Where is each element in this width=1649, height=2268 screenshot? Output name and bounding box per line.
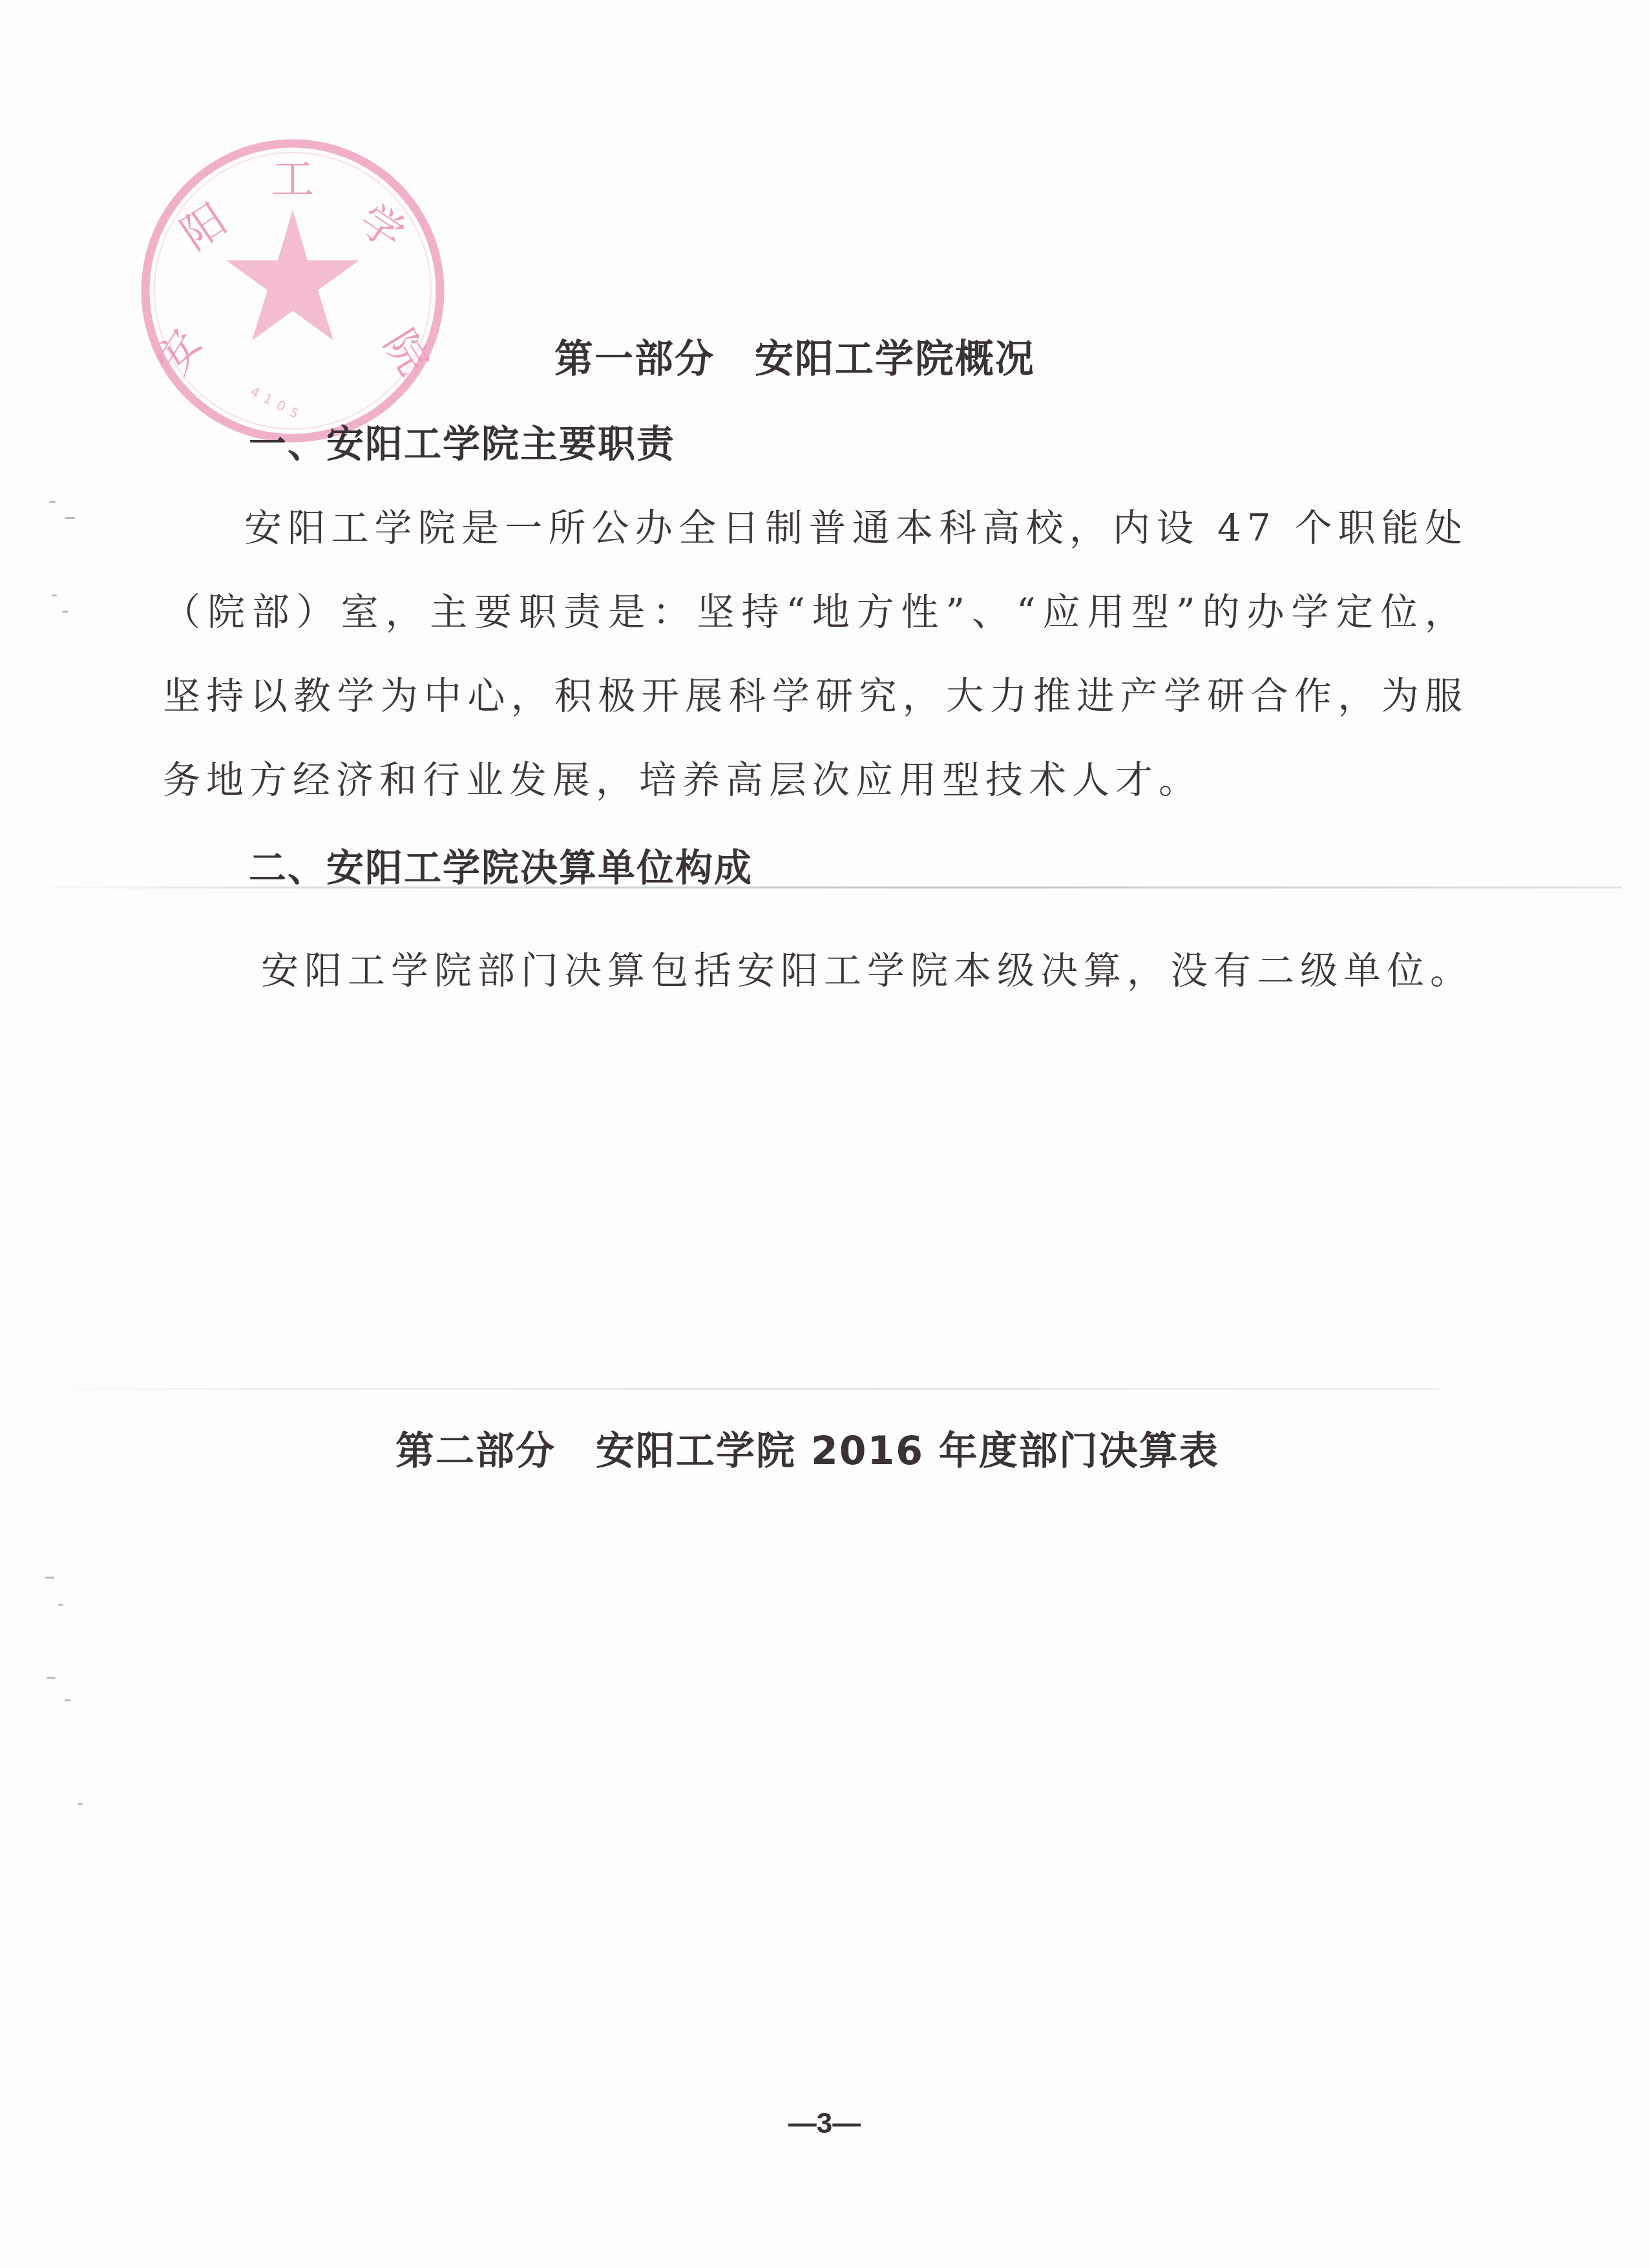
scan-margin-mark bbox=[45, 1577, 54, 1579]
part1-title: 第一部分 安阳工学院概况 bbox=[554, 328, 1035, 384]
seal-char-2: 阳 bbox=[173, 194, 236, 260]
section1-heading: 一、安阳工学院主要职责 bbox=[249, 414, 675, 468]
page-number: —3— bbox=[0, 2108, 1649, 2140]
scan-margin-mark bbox=[65, 1699, 71, 1701]
scan-margin-mark bbox=[65, 517, 75, 519]
part2-title: 第二部分 安阳工学院 2016 年度部门决算表 bbox=[395, 1420, 1219, 1476]
scan-margin-mark bbox=[52, 594, 57, 596]
seal-char-1: 安 bbox=[147, 321, 211, 384]
scan-fold-line bbox=[19, 1388, 1441, 1390]
section2-paragraph: 安阳工学院部门决算包括安阳工学院本级决算，没有二级单位。 bbox=[261, 940, 1473, 994]
section1-paragraph: 安阳工学院是一所公办全日制普通本科高校，内设 47 个职能处（院部）室，主要职责… bbox=[163, 486, 1468, 822]
scan-margin-mark bbox=[49, 501, 56, 503]
section2-heading: 二、安阳工学院决算单位构成 bbox=[249, 837, 753, 892]
seal-char-5: 院 bbox=[374, 321, 439, 384]
seal-char-3: 工 bbox=[271, 154, 314, 204]
scan-margin-mark bbox=[47, 1677, 56, 1679]
scan-margin-mark bbox=[58, 1604, 63, 1606]
scan-margin-mark bbox=[62, 611, 68, 613]
document-page: 安 阳 工 学 院 4105 第一部分 安阳工学院概况 一、安阳工学院主要职责 … bbox=[0, 0, 1649, 2268]
seal-char-4: 学 bbox=[350, 194, 414, 260]
official-seal-stamp: 安 阳 工 学 院 4105 bbox=[134, 132, 451, 449]
scan-margin-mark bbox=[78, 1803, 83, 1805]
star-icon bbox=[226, 210, 359, 341]
